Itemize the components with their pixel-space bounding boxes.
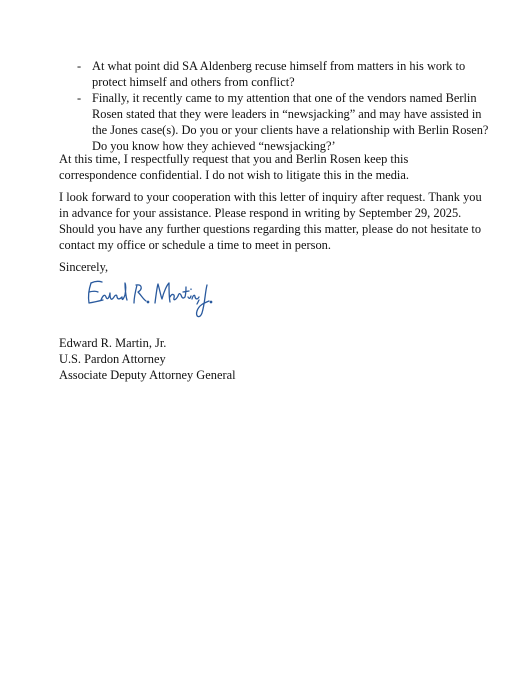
signatory-position: Associate Deputy Attorney General [59,367,236,383]
signatory-name: Edward R. Martin, Jr. [59,335,236,351]
signature-image: Edward R. Martin, Jr. [85,275,215,325]
bullet-dash: - [77,58,81,74]
bullet-dash: - [77,90,81,106]
signatory-title: U.S. Pardon Attorney [59,351,236,367]
signature-block: Edward R. Martin, Jr. U.S. Pardon Attorn… [59,335,236,383]
closing-salutation: Sincerely, [59,259,108,275]
bullet-text: Finally, it recently came to my attentio… [92,91,488,153]
question-list: - At what point did SA Aldenberg recuse … [59,58,489,154]
confidentiality-paragraph: At this time, I respectfully request tha… [59,151,489,183]
bullet-text: At what point did SA Aldenberg recuse hi… [92,59,465,89]
letter-page: - At what point did SA Aldenberg recuse … [0,0,518,680]
closing-paragraph: I look forward to your cooperation with … [59,189,489,253]
list-item: - At what point did SA Aldenberg recuse … [59,58,489,90]
list-item: - Finally, it recently came to my attent… [59,90,489,154]
